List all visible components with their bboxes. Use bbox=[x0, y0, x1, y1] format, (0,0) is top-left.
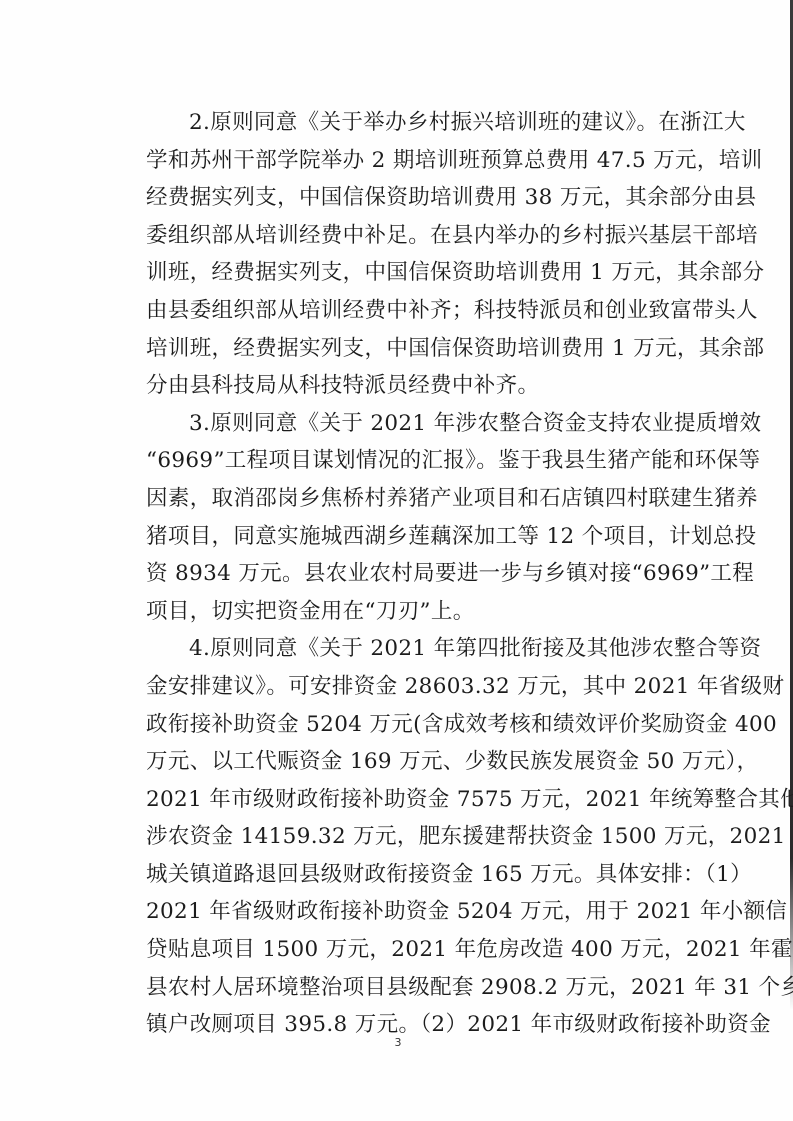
text-line: 县农村人居环境整治项目县级配套 2908.2 万元，2021 年 31 个乡 bbox=[103, 969, 689, 1007]
page-number: 3 bbox=[391, 1036, 405, 1049]
document-page: 2.原则同意《关于举办乡村振兴培训班的建议》。在浙江大 学和苏州干部学院举办 2… bbox=[0, 0, 793, 1121]
text-line: “6969”工程项目谋划情况的汇报》。鉴于我县生猪产能和环保等 bbox=[103, 442, 689, 480]
text-line: 资 8934 万元。县农业农村局要进一步与乡镇对接“6969”工程 bbox=[103, 555, 689, 593]
text-line: 贷贴息项目 1500 万元，2021 年危房改造 400 万元，2021 年霍邱 bbox=[103, 931, 689, 969]
text-line: 训班，经费据实列支，中国信保资助培训费用 1 万元，其余部分 bbox=[103, 254, 689, 292]
text-line: 2021 年市级财政衔接补助资金 7575 万元，2021 年统筹整合其他 bbox=[103, 781, 689, 819]
text-line: 经费据实列支，中国信保资助培训费用 38 万元，其余部分由县 bbox=[103, 179, 689, 217]
text-line: 猪项目，同意实施城西湖乡莲藕深加工等 12 个项目，计划总投 bbox=[103, 518, 689, 556]
text-line: 项目，切实把资金用在“刀刃”上。 bbox=[103, 593, 689, 631]
paragraph-item-4: 4.原则同意《关于 2021 年第四批衔接及其他涉农整合等资 金安排建议》。可安… bbox=[103, 630, 689, 1044]
paragraph-item-2: 2.原则同意《关于举办乡村振兴培训班的建议》。在浙江大 学和苏州干部学院举办 2… bbox=[103, 104, 689, 405]
text-line: 因素，取消邵岗乡焦桥村养猪产业项目和石店镇四村联建生猪养 bbox=[103, 480, 689, 518]
text-line: 万元、以工代赈资金 169 万元、少数民族发展资金 50 万元）， bbox=[103, 743, 689, 781]
text-line: 政衔接补助资金 5204 万元(含成效考核和绩效评价奖励资金 400 bbox=[103, 706, 689, 744]
text-line: 分由县科技局从科技特派员经费中补齐。 bbox=[103, 367, 689, 405]
text-line: 培训班，经费据实列支，中国信保资助培训费用 1 万元，其余部 bbox=[103, 330, 689, 368]
document-body: 2.原则同意《关于举办乡村振兴培训班的建议》。在浙江大 学和苏州干部学院举办 2… bbox=[103, 104, 689, 1044]
text-line: 金安排建议》。可安排资金 28603.32 万元，其中 2021 年省级财 bbox=[103, 668, 689, 706]
text-line: 2021 年省级财政衔接补助资金 5204 万元，用于 2021 年小额信 bbox=[103, 893, 689, 931]
text-line: 学和苏州干部学院举办 2 期培训班预算总费用 47.5 万元，培训 bbox=[103, 142, 689, 180]
text-line: 2.原则同意《关于举办乡村振兴培训班的建议》。在浙江大 bbox=[103, 104, 689, 142]
paragraph-item-3: 3.原则同意《关于 2021 年涉农整合资金支持农业提质增效 “6969”工程项… bbox=[103, 405, 689, 631]
text-line: 委组织部从培训经费中补足。在县内举办的乡村振兴基层干部培 bbox=[103, 217, 689, 255]
text-line: 由县委组织部从培训经费中补齐；科技特派员和创业致富带头人 bbox=[103, 292, 689, 330]
text-line: 涉农资金 14159.32 万元，肥东援建帮扶资金 1500 万元，2021 年 bbox=[103, 818, 689, 856]
text-line: 3.原则同意《关于 2021 年涉农整合资金支持农业提质增效 bbox=[103, 405, 689, 443]
text-line: 4.原则同意《关于 2021 年第四批衔接及其他涉农整合等资 bbox=[103, 630, 689, 668]
text-line: 城关镇道路退回县级财政衔接资金 165 万元。具体安排：（1） bbox=[103, 856, 689, 894]
